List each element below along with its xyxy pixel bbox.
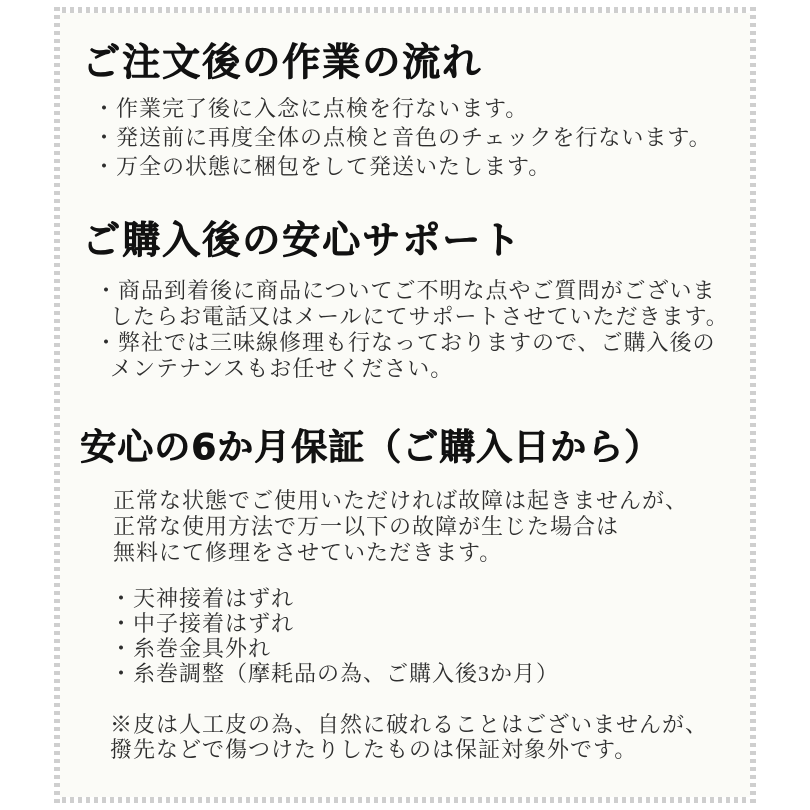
list-item-continuation: したらお電話又はメールにてサポートさせていただきます。 — [95, 304, 729, 330]
list-item: ・天神接着はずれ — [110, 586, 559, 611]
support-list: ・商品到着後に商品についてご不明な点やご質問がございま したらお電話又はメールに… — [95, 278, 729, 382]
list-item: ・糸巻調整（摩耗品の為、ご購入後3か月） — [110, 661, 559, 686]
section-heading-order-flow: ご注文後の作業の流れ — [82, 43, 482, 81]
text-line: 正常な状態でご使用いただければ故障は起きませんが、 — [113, 488, 688, 514]
list-item: ・中子接着はずれ — [110, 611, 559, 636]
stitch-border-left — [54, 7, 60, 803]
stitched-panel: ご注文後の作業の流れ ・作業完了後に入念に点検を行ないます。 ・発送前に再度全体… — [54, 7, 756, 803]
list-item: ・作業完了後に入念に点検を行ないます。 — [93, 94, 712, 123]
list-item: ・万全の状態に梱包をして発送いたします。 — [93, 152, 712, 181]
stitch-border-top — [54, 7, 756, 13]
text-line: 正常な使用方法で万一以下の故障が生じた場合は — [113, 514, 688, 540]
page: ご注文後の作業の流れ ・作業完了後に入念に点検を行ないます。 ・発送前に再度全体… — [0, 0, 810, 810]
list-item: ・発送前に再度全体の点検と音色のチェックを行ないます。 — [93, 123, 712, 152]
warranty-covered-list: ・天神接着はずれ ・中子接着はずれ ・糸巻金具外れ ・糸巻調整（摩耗品の為、ご購… — [110, 586, 559, 686]
stitch-border-bottom — [54, 797, 756, 803]
text-line: ※皮は人工皮の為、自然に破れることはございませんが、 — [110, 712, 708, 737]
list-item-continuation: メンテナンスもお任せください。 — [95, 356, 729, 382]
order-flow-list: ・作業完了後に入念に点検を行ないます。 ・発送前に再度全体の点検と音色のチェック… — [93, 94, 712, 181]
section-heading-warranty: 安心の6か月保証（ご購入日から） — [80, 430, 661, 466]
warranty-intro: 正常な状態でご使用いただければ故障は起きませんが、 正常な使用方法で万一以下の故… — [113, 488, 688, 566]
list-item: ・糸巻金具外れ — [110, 636, 559, 661]
section-heading-support: ご購入後の安心サポート — [82, 221, 522, 259]
text-line: 無料にて修理をさせていただきます。 — [113, 540, 688, 566]
list-item: ・弊社では三味線修理も行なっておりますので、ご購入後の — [95, 330, 729, 356]
stitch-border-right — [750, 7, 756, 803]
warranty-note: ※皮は人工皮の為、自然に破れることはございませんが、 撥先などで傷つけたりしたも… — [110, 712, 708, 762]
text-line: 撥先などで傷つけたりしたものは保証対象外です。 — [110, 737, 708, 762]
list-item: ・商品到着後に商品についてご不明な点やご質問がございま — [95, 278, 729, 304]
